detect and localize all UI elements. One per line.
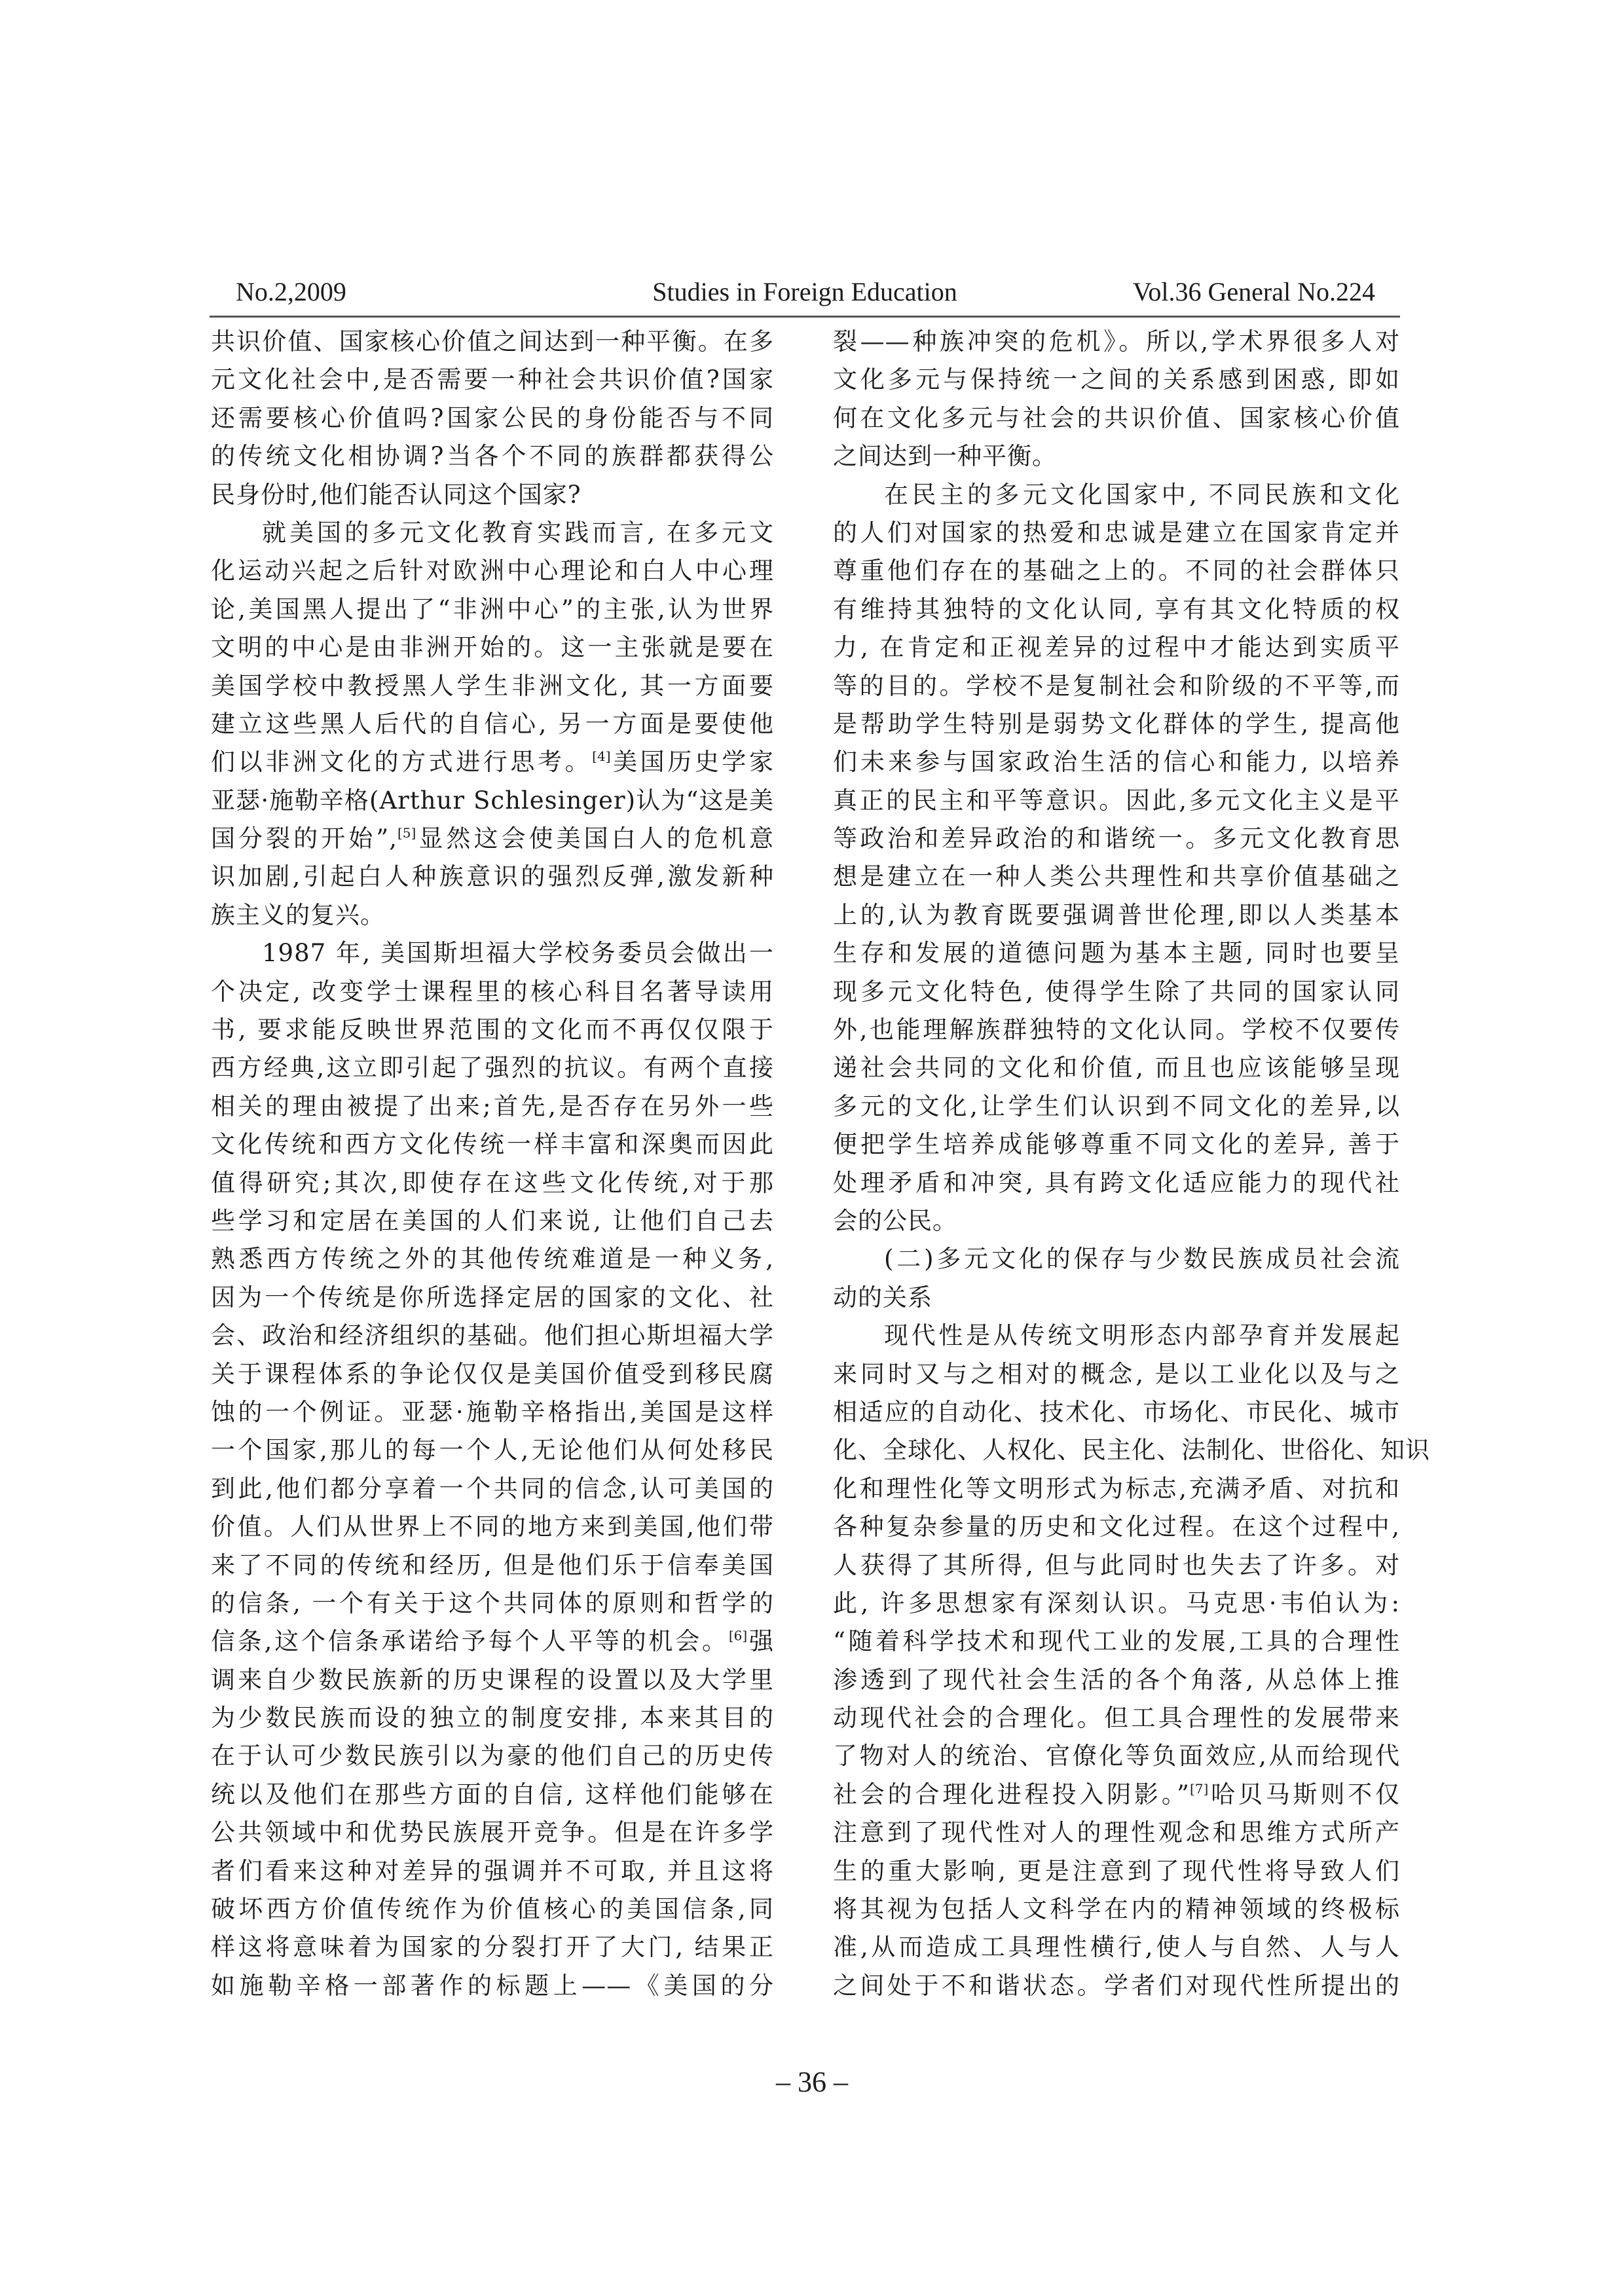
text-line: 等的目的。学校不是复制社会和阶级的不平等,而 — [833, 667, 1400, 705]
line-text: 文化多元与保持统一之间的关系感到困惑, 即如 — [833, 365, 1400, 394]
text-line: 在民主的多元文化国家中, 不同民族和文化 — [833, 476, 1400, 514]
line-text: 相关的理由被提了出来;首先,是否存在另外一些 — [211, 1092, 774, 1120]
text-line: 想是建立在一种人类公共理性和共享价值基础之 — [833, 858, 1400, 896]
text-line: 公共领域中和优势民族展开竞争。但是在许多学 — [211, 1814, 774, 1852]
text-line: 化、全球化、人权化、民主化、法制化、世俗化、知识 — [833, 1431, 1400, 1469]
text-line: 关于课程体系的争论仅仅是美国价值受到移民腐 — [211, 1355, 774, 1393]
line-text: 蚀的一个例证。亚瑟·施勒辛格指出,美国是这样 — [211, 1398, 774, 1426]
text-line: 还需要核心价值吗?国家公民的身份能否与不同 — [211, 399, 774, 437]
line-text: 化运动兴起之后针对欧洲中心理论和白人中心理 — [211, 557, 774, 585]
text-line: 的传统文化相协调?当各个不同的族群都获得公 — [211, 437, 774, 475]
line-text: 将其视为包括人文科学在内的精神领域的终极标 — [833, 1895, 1400, 1923]
line-text: 递社会共同的文化和价值, 而且也应该能够呈现 — [833, 1054, 1400, 1082]
line-text: 会的公民。 — [833, 1207, 957, 1235]
text-line: 元文化社会中,是否需要一种社会共识价值?国家 — [211, 361, 774, 399]
text-line: 建立这些黑人后代的自信心, 另一方面是要使他 — [211, 705, 774, 743]
line-text: 相适应的自动化、技术化、市场化、市民化、城市 — [833, 1398, 1400, 1426]
text-line: 共识价值、国家核心价值之间达到一种平衡。在多 — [211, 323, 774, 361]
line-text: 便把学生培养成能够尊重不同文化的差异, 善于 — [833, 1130, 1400, 1158]
line-text: 统以及他们在那些方面的自信, 这样他们能够在 — [211, 1780, 774, 1808]
text-line: 真正的民主和平等意识。因此,多元文化主义是平 — [833, 782, 1400, 820]
text-line: 破坏西方价值传统作为价值核心的美国信条,同 — [211, 1890, 774, 1928]
line-text: 的信条, 一个有关于这个共同体的原则和哲学的 — [211, 1589, 774, 1617]
line-text: 注意到了现代性对人的理性观念和思维方式所产 — [833, 1818, 1400, 1846]
line-text: 识加剧,引起白人种族意识的强烈反弹,激发新种 — [211, 862, 774, 890]
text-line: 亚瑟·施勒辛格(Arthur Schlesinger)认为“这是美 — [211, 782, 774, 820]
line-text: 力, 在肯定和正视差异的过程中才能达到实质平 — [833, 633, 1400, 661]
text-line: 信条,这个信条承诺给予每个人平等的机会。[6]强 — [211, 1623, 774, 1661]
line-text: 熟悉西方传统之外的其他传统难道是一种义务, — [211, 1245, 774, 1273]
line-text: 们未来参与国家政治生活的信心和能力, 以培养 — [833, 748, 1400, 776]
line-text: 国分裂的开始”, — [211, 824, 397, 853]
line-text: 破坏西方价值传统作为价值核心的美国信条,同 — [211, 1895, 774, 1923]
line-text: 动现代社会的合理化。但工具合理性的发展带来 — [833, 1704, 1400, 1732]
volume-info: Vol.36 General No.224 — [1133, 274, 1375, 310]
text-line: 将其视为包括人文科学在内的精神领域的终极标 — [833, 1890, 1400, 1928]
line-text: 人获得了其所得, 但与此同时也失去了许多。对 — [833, 1551, 1400, 1579]
text-line: 价值。人们从世界上不同的地方来到美国,他们带 — [211, 1508, 774, 1546]
text-line: 了物对人的统治、官僚化等负面效应,从而给现代 — [833, 1737, 1400, 1775]
text-line: 到此,他们都分享着一个共同的信念,认可美国的 — [211, 1470, 774, 1508]
text-line: 西方经典,这立即引起了强烈的抗议。有两个直接 — [211, 1049, 774, 1087]
text-line: 动现代社会的合理化。但工具合理性的发展带来 — [833, 1699, 1400, 1737]
text-line: 一个国家,那儿的每一个人,无论他们从何处移民 — [211, 1431, 774, 1469]
line-text: 渗透到了现代社会生活的各个角落, 从总体上推 — [833, 1666, 1400, 1694]
text-line: 化和理性化等文明形式为标志,充满矛盾、对抗和 — [833, 1470, 1400, 1508]
line-text: 者们看来这种对差异的强调并不可取, 并且这将 — [211, 1857, 774, 1885]
line-text: 会、政治和经济组织的基础。他们担心斯坦福大学 — [211, 1321, 774, 1349]
line-text: 外,也能理解族群独特的文化认同。学校不仅要传 — [833, 1016, 1400, 1044]
citation-ref: [7] — [1190, 1781, 1208, 1797]
line-text: 在民主的多元文化国家中, 不同民族和文化 — [884, 481, 1400, 509]
page-number: – 36 – — [0, 2063, 1624, 2102]
text-line: 的人们对国家的热爱和忠诚是建立在国家肯定并 — [833, 514, 1400, 552]
text-line: 动的关系 — [833, 1279, 1400, 1317]
text-line: 1987 年, 美国斯坦福大学校务委员会做出一 — [211, 934, 774, 972]
text-line: 化运动兴起之后针对欧洲中心理论和白人中心理 — [211, 552, 774, 590]
right-column: 裂——种族冲突的危机》。所以,学术界很多人对文化多元与保持统一之间的关系感到困惑… — [833, 323, 1400, 2005]
text-line: 会、政治和经济组织的基础。他们担心斯坦福大学 — [211, 1317, 774, 1355]
citation-ref: [4] — [592, 748, 610, 764]
text-line: 人获得了其所得, 但与此同时也失去了许多。对 — [833, 1547, 1400, 1585]
text-line: 裂——种族冲突的危机》。所以,学术界很多人对 — [833, 323, 1400, 361]
line-text: 裂——种族冲突的危机》。所以,学术界很多人对 — [833, 327, 1400, 356]
text-line: 准,从而造成工具理性横行,使人与自然、人与人 — [833, 1928, 1400, 1966]
text-line: 力, 在肯定和正视差异的过程中才能达到实质平 — [833, 629, 1400, 667]
line-text: 生存和发展的道德问题为基本主题, 同时也要呈 — [833, 939, 1400, 967]
text-line: 社会的合理化进程投入阴影。”[7]哈贝马斯则不仅 — [833, 1776, 1400, 1814]
line-text: 元文化社会中,是否需要一种社会共识价值?国家 — [211, 365, 774, 394]
text-line: 族主义的复兴。 — [211, 896, 774, 934]
text-line: 是帮助学生特别是弱势文化群体的学生, 提高他 — [833, 705, 1400, 743]
text-line: 等政治和差异政治的和谐统一。多元文化教育思 — [833, 820, 1400, 858]
text-line: 之间处于不和谐状态。学者们对现代性所提出的 — [833, 1967, 1400, 2005]
line-text: 样这将意味着为国家的分裂打开了大门, 结果正 — [211, 1933, 774, 1961]
text-line: 外,也能理解族群独特的文化认同。学校不仅要传 — [833, 1011, 1400, 1049]
line-text: 现多元文化特色, 使得学生除了共同的国家认同 — [833, 978, 1400, 1006]
line-text: 来同时又与之相对的概念, 是以工业化以及与之 — [833, 1360, 1400, 1388]
text-line: 们以非洲文化的方式进行思考。[4]美国历史学家 — [211, 743, 774, 781]
line-text: 等的目的。学校不是复制社会和阶级的不平等,而 — [833, 672, 1400, 700]
text-line: 来同时又与之相对的概念, 是以工业化以及与之 — [833, 1355, 1400, 1393]
running-header: No.2,2009 Studies in Foreign Education V… — [210, 274, 1400, 310]
text-line: 的信条, 一个有关于这个共同体的原则和哲学的 — [211, 1585, 774, 1623]
line-text: 之间处于不和谐状态。学者们对现代性所提出的 — [833, 1972, 1400, 2000]
line-text: 准,从而造成工具理性横行,使人与自然、人与人 — [833, 1933, 1400, 1961]
text-line: 此, 许多思想家有深刻认识。马克思·韦伯认为: — [833, 1585, 1400, 1623]
line-text-continued: 强 — [747, 1627, 774, 1655]
text-line: 何在文化多元与社会的共识价值、国家核心价值 — [833, 399, 1400, 437]
line-text: 上的,认为教育既要强调普世伦理,即以人类基本 — [833, 901, 1400, 929]
line-text: 处理矛盾和冲突, 具有跨文化适应能力的现代社 — [833, 1169, 1400, 1197]
text-line: 蚀的一个例证。亚瑟·施勒辛格指出,美国是这样 — [211, 1393, 774, 1431]
text-line: 为少数民族而设的独立的制度安排, 本来其目的 — [211, 1699, 774, 1737]
text-line: 值得研究;其次,即使存在这些文化传统,对于那 — [211, 1164, 774, 1202]
line-text: 建立这些黑人后代的自信心, 另一方面是要使他 — [211, 710, 774, 738]
text-line: 书, 要求能反映世界范围的文化而不再仅仅限于 — [211, 1011, 774, 1049]
text-line: 渗透到了现代社会生活的各个角落, 从总体上推 — [833, 1661, 1400, 1699]
text-line: (二)多元文化的保存与少数民族成员社会流 — [833, 1240, 1400, 1278]
text-line: 之间达到一种平衡。 — [833, 437, 1400, 475]
text-line: 相关的理由被提了出来;首先,是否存在另外一些 — [211, 1088, 774, 1126]
text-line: 识加剧,引起白人种族意识的强烈反弹,激发新种 — [211, 858, 774, 896]
text-line: 因为一个传统是你所选择定居的国家的文化、社 — [211, 1279, 774, 1317]
line-text: 有维持其独特的文化认同, 享有其文化特质的权 — [833, 595, 1400, 623]
text-line: 在于认可少数民族引以为豪的他们自己的历史传 — [211, 1737, 774, 1775]
text-line: 便把学生培养成能够尊重不同文化的差异, 善于 — [833, 1126, 1400, 1164]
text-line: 文化传统和西方文化传统一样丰富和深奥而因此 — [211, 1126, 774, 1164]
line-text: 信条,这个信条承诺给予每个人平等的机会。 — [211, 1627, 729, 1655]
text-line: 美国学校中教授黑人学生非洲文化, 其一方面要 — [211, 667, 774, 705]
text-line: 有维持其独特的文化认同, 享有其文化特质的权 — [833, 591, 1400, 629]
text-line: 个决定, 改变学士课程里的核心科目名著导读用 — [211, 973, 774, 1011]
text-line: 熟悉西方传统之外的其他传统难道是一种义务, — [211, 1240, 774, 1278]
line-text: 各种复杂参量的历史和文化过程。在这个过程中, — [833, 1513, 1400, 1541]
line-text: 文化传统和西方文化传统一样丰富和深奥而因此 — [211, 1130, 774, 1158]
text-line: 国分裂的开始”,[5]显然这会使美国白人的危机意 — [211, 820, 774, 858]
line-text: (二)多元文化的保存与少数民族成员社会流 — [884, 1245, 1400, 1273]
line-text: 们以非洲文化的方式进行思考。 — [211, 748, 592, 776]
text-line: 论,美国黑人提出了“非洲中心”的主张,认为世界 — [211, 591, 774, 629]
citation-ref: [5] — [397, 825, 416, 841]
text-line: 文明的中心是由非洲开始的。这一主张就是要在 — [211, 629, 774, 667]
text-line: 来了不同的传统和经历, 但是他们乐于信奉美国 — [211, 1547, 774, 1585]
line-text-continued: 美国历史学家 — [611, 748, 775, 776]
line-text: 真正的民主和平等意识。因此,多元文化主义是平 — [833, 786, 1400, 815]
line-text: 论,美国黑人提出了“非洲中心”的主张,认为世界 — [211, 595, 774, 623]
text-line: 样这将意味着为国家的分裂打开了大门, 结果正 — [211, 1928, 774, 1966]
text-line: 现代性是从传统文明形态内部孕育并发展起 — [833, 1317, 1400, 1355]
line-text: 族主义的复兴。 — [211, 901, 385, 929]
text-line: 会的公民。 — [833, 1202, 1400, 1240]
text-line: 现多元文化特色, 使得学生除了共同的国家认同 — [833, 973, 1400, 1011]
line-text: 在于认可少数民族引以为豪的他们自己的历史传 — [211, 1742, 774, 1770]
text-line: 处理矛盾和冲突, 具有跨文化适应能力的现代社 — [833, 1164, 1400, 1202]
line-text: 文明的中心是由非洲开始的。这一主张就是要在 — [211, 633, 774, 661]
line-text: 尊重他们存在的基础之上的。不同的社会群体只 — [833, 557, 1400, 585]
text-line: 多元的文化,让学生们认识到不同文化的差异,以 — [833, 1088, 1400, 1126]
text-line: 递社会共同的文化和价值, 而且也应该能够呈现 — [833, 1049, 1400, 1087]
text-line: 生的重大影响, 更是注意到了现代性将导致人们 — [833, 1852, 1400, 1890]
line-text-continued: 显然这会使美国白人的危机意 — [416, 824, 774, 853]
line-text: 的人们对国家的热爱和忠诚是建立在国家肯定并 — [833, 519, 1400, 547]
text-line: 上的,认为教育既要强调普世伦理,即以人类基本 — [833, 896, 1400, 934]
line-text: 现代性是从传统文明形态内部孕育并发展起 — [884, 1321, 1400, 1349]
line-text: “随着科学技术和现代工业的发展,工具的合理性 — [833, 1627, 1400, 1655]
line-text: 些学习和定居在美国的人们来说, 让他们自己去 — [211, 1207, 774, 1235]
line-text: 还需要核心价值吗?国家公民的身份能否与不同 — [211, 404, 774, 432]
text-line: 如施勒辛格一部著作的标题上——《美国的分 — [211, 1967, 774, 2005]
line-text: 来了不同的传统和经历, 但是他们乐于信奉美国 — [211, 1551, 774, 1579]
header-rule — [210, 316, 1400, 318]
text-line: 注意到了现代性对人的理性观念和思维方式所产 — [833, 1814, 1400, 1852]
line-text: 就美国的多元文化教育实践而言, 在多元文 — [262, 519, 774, 547]
line-text: 因为一个传统是你所选择定居的国家的文化、社 — [211, 1283, 774, 1312]
line-text: 西方经典,这立即引起了强烈的抗议。有两个直接 — [211, 1054, 774, 1082]
text-line: 尊重他们存在的基础之上的。不同的社会群体只 — [833, 552, 1400, 590]
text-line: 民身份时,他们能否认同这个国家? — [211, 476, 774, 514]
line-text: 到此,他们都分享着一个共同的信念,认可美国的 — [211, 1475, 774, 1503]
text-line: “随着科学技术和现代工业的发展,工具的合理性 — [833, 1623, 1400, 1661]
text-line: 相适应的自动化、技术化、市场化、市民化、城市 — [833, 1393, 1400, 1431]
line-text: 想是建立在一种人类公共理性和共享价值基础之 — [833, 862, 1400, 890]
line-text: 化、全球化、人权化、民主化、法制化、世俗化、知识 — [833, 1436, 1430, 1464]
left-column: 共识价值、国家核心价值之间达到一种平衡。在多元文化社会中,是否需要一种社会共识价… — [211, 323, 774, 2005]
line-text: 价值。人们从世界上不同的地方来到美国,他们带 — [211, 1513, 774, 1541]
line-text: 1987 年, 美国斯坦福大学校务委员会做出一 — [262, 939, 774, 967]
line-text: 之间达到一种平衡。 — [833, 442, 1057, 470]
line-text: 如施勒辛格一部著作的标题上——《美国的分 — [211, 1972, 774, 2000]
line-text: 民身份时,他们能否认同这个国家? — [211, 481, 581, 509]
text-line: 生存和发展的道德问题为基本主题, 同时也要呈 — [833, 934, 1400, 972]
line-text: 多元的文化,让学生们认识到不同文化的差异,以 — [833, 1092, 1400, 1120]
text-line: 文化多元与保持统一之间的关系感到困惑, 即如 — [833, 361, 1400, 399]
line-text: 此, 许多思想家有深刻认识。马克思·韦伯认为: — [833, 1589, 1400, 1617]
line-text: 值得研究;其次,即使存在这些文化传统,对于那 — [211, 1169, 774, 1197]
line-text: 的传统文化相协调?当各个不同的族群都获得公 — [211, 442, 774, 470]
text-line: 者们看来这种对差异的强调并不可取, 并且这将 — [211, 1852, 774, 1890]
text-line: 些学习和定居在美国的人们来说, 让他们自己去 — [211, 1202, 774, 1240]
line-text: 化和理性化等文明形式为标志,充满矛盾、对抗和 — [833, 1475, 1400, 1503]
line-text: 个决定, 改变学士课程里的核心科目名著导读用 — [211, 978, 774, 1006]
text-line: 调来自少数民族新的历史课程的设置以及大学里 — [211, 1661, 774, 1699]
line-text: 亚瑟·施勒辛格(Arthur Schlesinger)认为“这是美 — [211, 786, 774, 815]
text-line: 统以及他们在那些方面的自信, 这样他们能够在 — [211, 1776, 774, 1814]
line-text: 关于课程体系的争论仅仅是美国价值受到移民腐 — [211, 1360, 774, 1388]
text-line: 就美国的多元文化教育实践而言, 在多元文 — [211, 514, 774, 552]
line-text: 动的关系 — [833, 1283, 932, 1312]
line-text: 了物对人的统治、官僚化等负面效应,从而给现代 — [833, 1742, 1400, 1770]
line-text: 共识价值、国家核心价值之间达到一种平衡。在多 — [211, 327, 774, 356]
line-text-continued: 哈贝马斯则不仅 — [1208, 1780, 1400, 1808]
line-text: 等政治和差异政治的和谐统一。多元文化教育思 — [833, 824, 1400, 853]
line-text: 何在文化多元与社会的共识价值、国家核心价值 — [833, 404, 1400, 432]
text-line: 们未来参与国家政治生活的信心和能力, 以培养 — [833, 743, 1400, 781]
line-text: 为少数民族而设的独立的制度安排, 本来其目的 — [211, 1704, 774, 1732]
line-text: 生的重大影响, 更是注意到了现代性将导致人们 — [833, 1857, 1400, 1885]
line-text: 一个国家,那儿的每一个人,无论他们从何处移民 — [211, 1436, 774, 1464]
line-text: 美国学校中教授黑人学生非洲文化, 其一方面要 — [211, 672, 774, 700]
line-text: 是帮助学生特别是弱势文化群体的学生, 提高他 — [833, 710, 1400, 738]
line-text: 调来自少数民族新的历史课程的设置以及大学里 — [211, 1666, 774, 1694]
line-text: 公共领域中和优势民族展开竞争。但是在许多学 — [211, 1818, 774, 1846]
text-line: 各种复杂参量的历史和文化过程。在这个过程中, — [833, 1508, 1400, 1546]
citation-ref: [6] — [729, 1628, 747, 1643]
line-text: 书, 要求能反映世界范围的文化而不再仅仅限于 — [211, 1016, 774, 1044]
line-text: 社会的合理化进程投入阴影。” — [833, 1780, 1190, 1808]
